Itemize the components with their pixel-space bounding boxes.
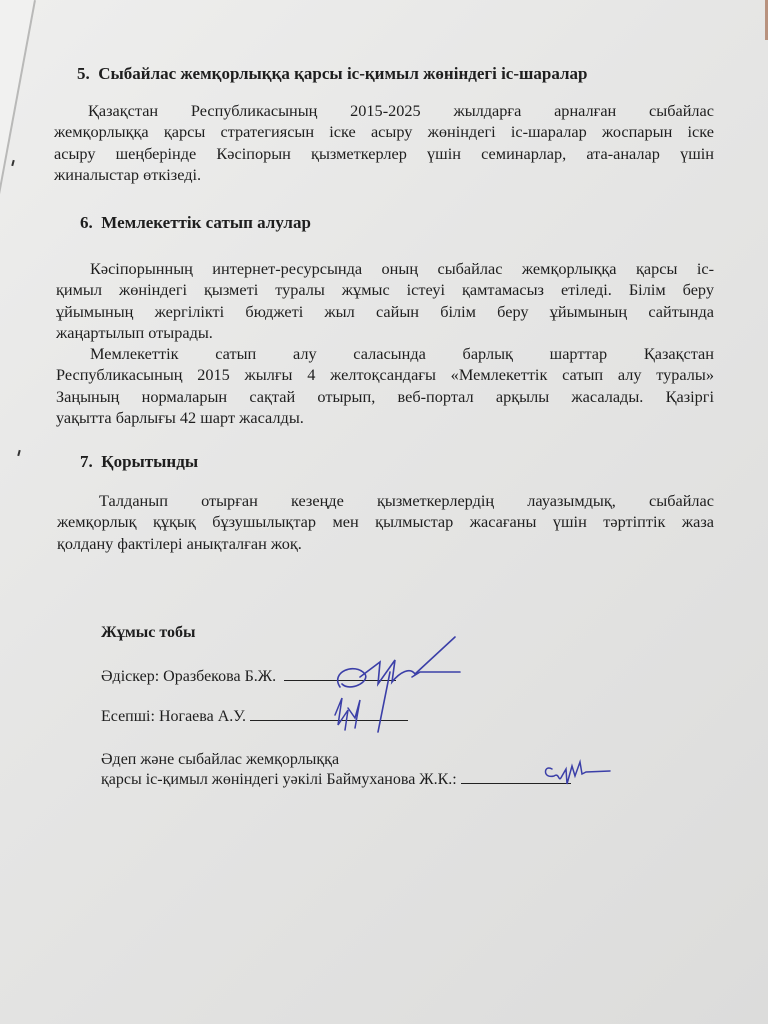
signer-label: Есепші: Ногаева А.У. — [101, 708, 246, 725]
signature-nogaeva — [330, 690, 380, 740]
text-line: жемқорлық құқық бұзушылықтар мен қылмыст… — [57, 511, 714, 532]
text-line: жемқорлыққа қарсы стратегиясын іске асыр… — [54, 121, 714, 142]
paper-speck — [17, 450, 20, 456]
text-line: жиналыстар өткізеді. — [54, 164, 714, 185]
section-title: Сыбайлас жемқорлыққа қарсы іс-қимыл жөні… — [98, 64, 587, 83]
section-title: Қорытынды — [101, 452, 198, 471]
working-group-title: Жұмыс тобы — [101, 624, 195, 642]
text-line: қимыл жөніндегі қызметі туралы жұмыс іст… — [56, 279, 714, 300]
section-6-paragraph-1: Кәсіпорынның интернет-ресурсында оның сы… — [56, 258, 714, 343]
signer-label-line-1: Әдеп және сыбайлас жемқорлыққа — [101, 750, 571, 769]
signer-label-line-2: қарсы іс-қимыл жөніндегі уәкілі Баймухан… — [101, 771, 457, 788]
text-line: Республикасының 2015 жылғы 4 желтоқсанда… — [56, 364, 714, 385]
section-5-paragraph: Қазақстан Республикасының 2015-2025 жылд… — [54, 100, 714, 185]
text-line: Талданып отырған кезеңде қызметкерлердің… — [57, 490, 714, 511]
section-number: 7. — [80, 452, 93, 471]
text-line: асыру шеңберінде Кәсіпорын қызметкерлер … — [54, 143, 714, 164]
section-number: 5. — [77, 64, 90, 83]
section-6-heading: 6. Мемлекеттік сатып алулар — [80, 213, 311, 233]
section-6-paragraph-2: Мемлекеттік сатып алу саласында барлық ш… — [56, 343, 714, 428]
text-line: Қазақстан Республикасының 2015-2025 жылд… — [54, 100, 714, 121]
section-title: Мемлекеттік сатып алулар — [101, 213, 311, 232]
text-line: уақытта барлығы 42 шарт жасалды. — [56, 407, 714, 428]
signature-row-ethics-officer: Әдеп және сыбайлас жемқорлыққа қарсы іс-… — [101, 750, 571, 789]
section-5-heading: 5. Сыбайлас жемқорлыққа қарсы іс-қимыл ж… — [77, 64, 587, 84]
text-line: қолдану фактілері анықталған жоқ. — [57, 533, 714, 554]
signer-label: Әдіскер: Оразбекова Б.Ж. — [101, 668, 276, 685]
section-number: 6. — [80, 213, 93, 232]
text-line: Кәсіпорынның интернет-ресурсында оның сы… — [56, 258, 714, 279]
text-line: Мемлекеттік сатып алу саласында барлық ш… — [56, 343, 714, 364]
section-7-heading: 7. Қорытынды — [80, 452, 198, 472]
text-line: Заңының нормаларын сақтай отырып, веб-по… — [56, 386, 714, 407]
text-line: ұйымының жергілікті бюджеті жыл сайын бі… — [56, 301, 714, 322]
signature-baimukhanova — [540, 754, 620, 794]
text-line: жаңартылып отырады. — [56, 322, 714, 343]
section-7-paragraph: Талданып отырған кезеңде қызметкерлердің… — [57, 490, 714, 554]
